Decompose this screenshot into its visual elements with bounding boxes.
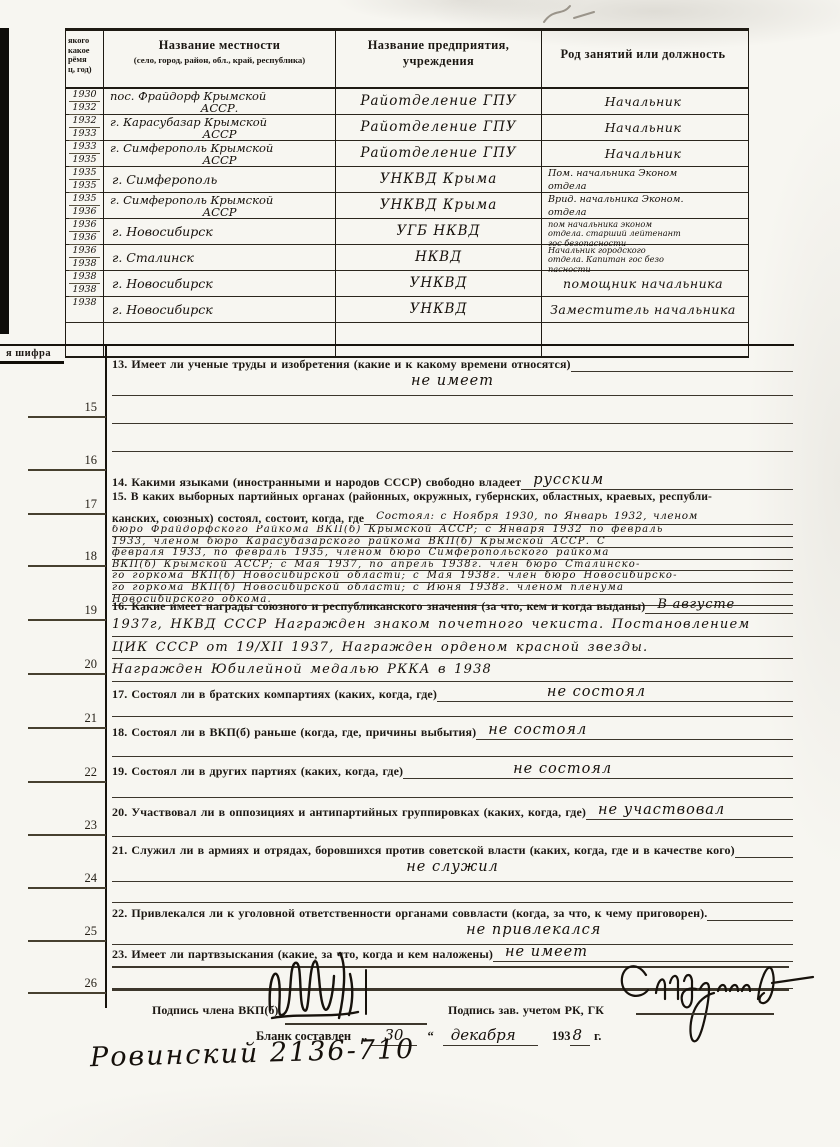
year-value: 1936 [69, 233, 101, 245]
question-block: 22. Привлекался ли к уголовной ответстве… [112, 901, 793, 945]
empty-rule-line [112, 779, 793, 798]
cell-years: 19301932 [66, 89, 104, 115]
cell-org: УГБ НКВД [336, 219, 542, 247]
role-handwritten: Начальник городского [542, 245, 744, 254]
member-signature-label: Подпись члена ВКП(б) [152, 1003, 278, 1018]
cell-org: Райотделение ГПУ [336, 141, 542, 167]
header-org-line: учреждения [336, 54, 541, 69]
registrar-signature-label: Подпись зав. учетом РК, ГК [448, 1003, 604, 1018]
margin-divider-line [105, 344, 107, 1008]
org-handwritten: УНКВД [336, 297, 541, 317]
cell-years: 19351936 [66, 193, 104, 219]
cell-org: НКВД [336, 245, 542, 273]
date-month: декабря [443, 1026, 538, 1046]
scan-page: якого какое рёмя ц, год) Название местно… [0, 0, 840, 1147]
answer-handwritten: Награжден Юбилейной медалью РККА в 1938 [112, 659, 793, 682]
margin-number: 25 [55, 924, 97, 939]
cell-org: Райотделение ГПУ [336, 89, 542, 115]
registrar-signature [612, 953, 817, 1053]
table-row: 19381938г. НовосибирскУНКВДпомощник нача… [66, 271, 748, 297]
question-text: 15. В каких выборных партийных органах (… [112, 490, 793, 505]
question-line: канских, союзных) состоял, состоит, когд… [112, 505, 793, 525]
question-line: 13. Имеет ли ученые труды и изобретения … [112, 352, 793, 372]
role-handwritten: отдела [542, 180, 744, 193]
question-text: 18. Состоял ли в ВКП(б) раньше (когда, г… [112, 725, 476, 740]
answer-handwritten: ВКП(б) Крымской АССР; с Мая 1937, по апр… [112, 560, 793, 572]
org-handwritten: УНКВД [336, 271, 541, 291]
date-year-suffix: г. [594, 1029, 601, 1044]
answer-handwritten: В августе [657, 597, 735, 612]
empty-rule-line [112, 740, 793, 757]
role-handwritten: Пом. начальника Эконом [542, 167, 744, 180]
table-header-role: Род занятий или должность [542, 31, 744, 87]
question-line: 19. Состоял ли в других партиях (каких, … [112, 759, 793, 779]
section-divider-line [0, 344, 794, 346]
org-handwritten: УНКВД Крыма [336, 193, 541, 213]
member-signature-line [285, 1023, 427, 1025]
answer-fill: не участвовал [586, 801, 793, 820]
answer-line: не имеет [112, 372, 793, 396]
role-handwritten: отдела [542, 206, 744, 219]
org-handwritten: УНКВД Крыма [336, 167, 541, 187]
year-value: 1935 [69, 194, 101, 206]
cipher-header-rule [0, 361, 64, 364]
answer-handwritten: го горкома ВКП(б) Новосибирской области;… [112, 583, 793, 595]
role-handwritten: Начальник [542, 89, 744, 109]
table-row: 19351935г. СимферопольУНКВД КрымаПом. на… [66, 167, 748, 193]
year-value: 1932 [69, 103, 101, 115]
answer-handwritten: го горкома ВКП(б) Новосибирской области;… [112, 571, 793, 583]
table-header-row: якого какое рёмя ц, год) Название местно… [66, 31, 748, 89]
year-value: 1935 [69, 168, 101, 180]
margin-number: 15 [55, 400, 97, 415]
table-row: 19361938г. СталинскНКВДНачальник городск… [66, 245, 748, 271]
role-handwritten: Начальник [542, 141, 744, 161]
question-text: 16. Какие имеет награды союзного и респу… [112, 599, 645, 614]
question-block: 16. Какие имеет награды союзного и респу… [112, 594, 793, 682]
margin-number: 23 [55, 818, 97, 833]
margin-rule [28, 781, 106, 783]
cell-place: г. Симферополь [104, 167, 336, 193]
year-value: 1936 [69, 220, 101, 232]
cell-place: г. Симферополь КрымскойАССР [104, 141, 336, 167]
cell-role: Начальник [542, 141, 744, 167]
place-handwritten: г. Симферополь [104, 167, 335, 187]
table-row: 19361936г. НовосибирскУГБ НКВДпом началь… [66, 219, 748, 245]
answer-handwritten: не состоял [547, 684, 646, 700]
role-handwritten: Врид. начальника Эконом. [542, 193, 744, 206]
question-block: 17. Состоял ли в братских компартиях (ка… [112, 682, 793, 717]
header-period-line: якого [68, 36, 103, 46]
cell-role: помощник начальника [542, 271, 744, 297]
answer-line: не служил [112, 858, 793, 882]
question-line: 14. Какими языками (иностранными и народ… [112, 470, 793, 490]
trailing-rule [707, 920, 793, 921]
year-value: 1938 [69, 259, 101, 271]
cell-role: Врид. начальника Эконом.отдела [542, 193, 744, 219]
date-year-hand: 8 [570, 1026, 590, 1046]
trailing-rule [735, 857, 793, 858]
question-line: 22. Привлекался ли к уголовной ответстве… [112, 901, 793, 921]
answer-handwritten: не имеет [505, 944, 588, 960]
cell-years: 19361938 [66, 245, 104, 273]
answer-fill: не состоял [476, 721, 793, 740]
question-text: 13. Имеет ли ученые труды и изобретения … [112, 357, 571, 372]
answer-handwritten: не участвовал [598, 802, 725, 818]
header-period-line: рёмя [68, 55, 103, 65]
empty-rule-line [112, 820, 793, 837]
empty-cell [66, 323, 104, 356]
registrar-signature-line [636, 1013, 774, 1015]
answer-fill: русским [521, 471, 793, 490]
role-handwritten: Начальник [542, 115, 744, 135]
cell-role: Начальник [542, 89, 744, 115]
margin-rule [28, 469, 106, 471]
question-line: 21. Служил ли в армиях и отрядах, боровш… [112, 838, 793, 858]
role-handwritten: отдела. старший лейтенант [542, 228, 744, 237]
margin-rule [28, 727, 106, 729]
table-header-period: якого какое рёмя ц, год) [66, 31, 104, 87]
margin-number: 24 [55, 871, 97, 886]
year-value: 1936 [69, 246, 101, 258]
answer-handwritten: 1933, членом бюро Карасубазарского райко… [112, 537, 793, 549]
cell-role: Заместитель начальника [542, 297, 744, 322]
place-handwritten: АССР [104, 155, 335, 166]
cell-place: г. Сталинск [104, 245, 336, 273]
margin-rule [28, 940, 106, 942]
question-block: 13. Имеет ли ученые труды и изобретения … [112, 352, 793, 452]
cell-years: 19321933 [66, 115, 104, 141]
year-value: 1938 [69, 285, 101, 297]
cell-role: Начальник [542, 115, 744, 141]
answer-handwritten: не состоял [488, 722, 587, 738]
empty-rule-line [112, 882, 793, 903]
date-year-printed: 193 [552, 1029, 571, 1044]
header-period-line: какое [68, 46, 103, 56]
question-block: 14. Какими языками (иностранными и народ… [112, 470, 793, 490]
answer-fill: не состоял [437, 683, 793, 702]
cell-years: 1938 [66, 297, 104, 322]
cell-org: УНКВД [336, 297, 542, 322]
question-line: 17. Состоял ли в братских компартиях (ка… [112, 682, 793, 702]
org-handwritten: УГБ НКВД [336, 219, 541, 239]
left-edge-bar [0, 28, 9, 334]
place-handwritten: г. Новосибирск [104, 219, 335, 239]
org-handwritten: НКВД [336, 245, 541, 265]
answer-handwritten: не служил [406, 859, 499, 875]
cell-years: 19381938 [66, 271, 104, 297]
question-text: 20. Участвовал ли в оппозициях и антипар… [112, 805, 586, 820]
question-text: 21. Служил ли в армиях и отрядах, боровш… [112, 843, 735, 858]
question-block: 18. Состоял ли в ВКП(б) раньше (когда, г… [112, 720, 793, 757]
role-handwritten: помощник начальника [542, 271, 744, 291]
header-period-line: ц, год) [68, 65, 103, 75]
header-place-title: Название местности [104, 38, 335, 53]
question-text: 19. Состоял ли в других партиях (каких, … [112, 764, 403, 779]
answer-handwritten: не имеет [411, 373, 494, 389]
answer-handwritten: февраля 1933, по февраль 1935, членом бю… [112, 548, 793, 560]
question-block: 21. Служил ли в армиях и отрядах, боровш… [112, 838, 793, 903]
place-handwritten: АССР [104, 207, 335, 218]
cell-years: 19361936 [66, 219, 104, 247]
year-value: 1938 [69, 298, 101, 309]
quote-close: “ [427, 1029, 433, 1044]
place-handwritten: г. Новосибирск [104, 271, 335, 291]
cell-place: пос. Фрайдорф КрымскойАССР. [104, 89, 336, 115]
answer-handwritten: Состоял: с Ноября 1930, по Январь 1932, … [376, 510, 698, 522]
bottom-note: Ровинский 2136-710 [90, 1034, 416, 1074]
org-handwritten: Райотделение ГПУ [336, 115, 541, 135]
answer-handwritten: русским [533, 472, 604, 488]
header-role-title: Род занятий или должность [542, 47, 744, 62]
cell-org: УНКВД [336, 271, 542, 297]
question-line: 20. Участвовал ли в оппозициях и антипар… [112, 800, 793, 820]
year-value: 1930 [69, 90, 101, 102]
cell-place: г. Новосибирск [104, 219, 336, 247]
question-block: 20. Участвовал ли в оппозициях и антипар… [112, 800, 793, 837]
table-header-org: Название предприятия, учреждения [336, 31, 542, 87]
question-text: 22. Привлекался ли к уголовной ответстве… [112, 906, 707, 921]
cell-org: УНКВД Крыма [336, 167, 542, 193]
margin-number: 20 [55, 657, 97, 672]
question-line: 16. Какие имеет награды союзного и респу… [112, 594, 793, 614]
cell-years: 19351935 [66, 167, 104, 193]
table-row: 19321933г. Карасубазар КрымскойАССРРайот… [66, 115, 748, 141]
margin-rule [28, 513, 106, 515]
margin-number: 17 [55, 497, 97, 512]
place-handwritten: г. Новосибирск [104, 297, 335, 317]
year-value: 1935 [69, 181, 101, 193]
table-row: 19351936г. Симферополь КрымскойАССРУНКВД… [66, 193, 748, 219]
margin-number: 21 [55, 711, 97, 726]
cipher-column-header: я шифра [6, 348, 51, 359]
table-header-place: Название местности (село, город, район, … [104, 31, 336, 87]
member-signature [262, 948, 417, 1033]
cell-role: пом начальника экономотдела. старший лей… [542, 219, 744, 247]
trailing-rule [571, 371, 793, 372]
cell-place: г. Новосибирск [104, 271, 336, 297]
margin-number: 18 [55, 549, 97, 564]
margin-number: 22 [55, 765, 97, 780]
place-handwritten: АССР. [104, 103, 335, 114]
place-handwritten: г. Сталинск [104, 245, 335, 265]
question-text: 14. Какими языками (иностранными и народ… [112, 475, 521, 490]
cell-place: г. Симферополь КрымскойАССР [104, 193, 336, 219]
cell-org: Райотделение ГПУ [336, 115, 542, 141]
empty-rule-line [112, 396, 793, 424]
margin-rule [28, 565, 106, 567]
answer-fill: В августе [645, 595, 793, 614]
answer-fill: не состоял [403, 760, 793, 779]
cell-role: Пом. начальника Экономотдела [542, 167, 744, 193]
cell-place: г. Карасубазар КрымскойАССР [104, 115, 336, 141]
year-value: 1933 [69, 142, 101, 154]
cell-org: УНКВД Крыма [336, 193, 542, 219]
margin-rule [28, 619, 106, 621]
question-block: 19. Состоял ли в других партиях (каких, … [112, 759, 793, 798]
question-text-cont: канских, союзных) состоял, состоит, когд… [112, 512, 364, 525]
answer-handwritten: не состоял [513, 761, 612, 777]
year-value: 1936 [69, 207, 101, 219]
year-value: 1932 [69, 116, 101, 128]
answer-handwritten: ЦИК СССР от 19/XII 1937, Награжден орден… [112, 637, 793, 660]
cell-years: 19331935 [66, 141, 104, 167]
margin-rule [28, 673, 106, 675]
empty-rule-line [112, 702, 793, 717]
org-handwritten: Райотделение ГПУ [336, 141, 541, 161]
cell-place: г. Новосибирск [104, 297, 336, 322]
question-text: 17. Состоял ли в братских компартиях (ка… [112, 687, 437, 702]
service-record-table: якого какое рёмя ц, год) Название местно… [65, 28, 749, 358]
question-block: 15. В каких выборных партийных органах (… [112, 490, 793, 606]
cell-role: Начальник городскогоотдела. Капитан гос … [542, 245, 744, 273]
margin-rule [28, 992, 106, 994]
answer-handwritten: бюро Фрайдорфского Райкома ВКП(б) Крымск… [112, 525, 793, 537]
table-row: 19301932пос. Фрайдорф КрымскойАССР.Райот… [66, 89, 748, 115]
role-handwritten: отдела. Капитан гос безо [542, 254, 744, 263]
table-row: 1938г. НовосибирскУНКВДЗаместитель начал… [66, 297, 748, 323]
margin-rule [28, 887, 106, 889]
org-handwritten: Райотделение ГПУ [336, 89, 541, 109]
table-row: 19331935г. Симферополь КрымскойАССРРайот… [66, 141, 748, 167]
role-handwritten: пом начальника эконом [542, 219, 744, 228]
margin-number: 26 [55, 976, 97, 991]
question-line: 18. Состоял ли в ВКП(б) раньше (когда, г… [112, 720, 793, 740]
empty-rule-line [112, 424, 793, 452]
answer-handwritten: не привлекался [466, 922, 601, 938]
year-value: 1935 [69, 155, 101, 167]
answer-handwritten: 1937г, НКВД СССР Награжден знаком почетн… [112, 614, 793, 637]
answer-fill: Состоял: с Ноября 1930, по Январь 1932, … [364, 506, 793, 525]
top-right-pencil-mark [540, 2, 600, 28]
place-handwritten: АССР [104, 129, 335, 140]
margin-rule [28, 416, 106, 418]
year-value: 1938 [69, 272, 101, 284]
year-value: 1933 [69, 129, 101, 141]
header-place-sub: (село, город, район, обл., край, республ… [104, 55, 335, 65]
header-org-line: Название предприятия, [336, 38, 541, 53]
margin-number: 19 [55, 603, 97, 618]
role-handwritten: Заместитель начальника [542, 297, 744, 317]
margin-rule [28, 834, 106, 836]
margin-number: 16 [55, 453, 97, 468]
